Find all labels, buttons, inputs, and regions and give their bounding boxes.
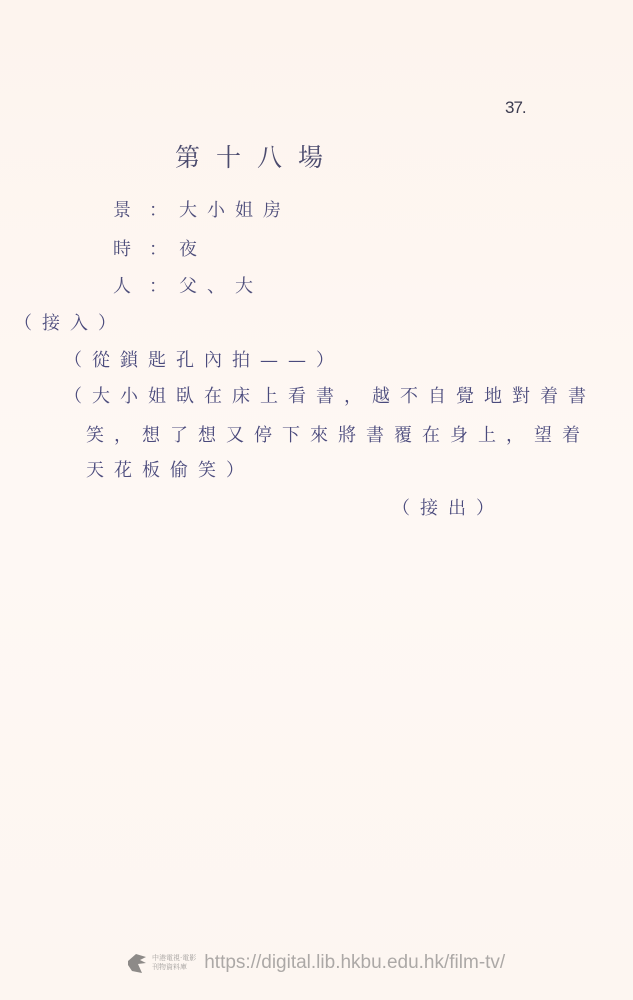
watermark-footer: 中港電視·電影 刊物資料庫 https://digital.lib.hkbu.e… [126,951,505,975]
archive-name: 中港電視·電影 刊物資料庫 [152,954,196,972]
archive-url-link[interactable]: https://digital.lib.hkbu.edu.hk/film-tv/ [204,952,505,974]
hkbu-film-archive-logo-icon [126,951,148,975]
archive-name-line-1: 中港電視·電影 [152,954,196,963]
archive-name-line-2: 刊物資料庫 [152,963,196,972]
cut-out-direction: （接出） [392,494,504,520]
setting-colon: ： [143,196,179,222]
people-value: 父、大 [179,272,263,298]
setting-label: 景 [113,196,143,222]
stage-direction-line-3: 天花板偷笑） [86,456,254,482]
time-value: 夜 [179,235,207,261]
people-colon: ： [143,272,179,298]
time-label: 時 [113,235,143,261]
setting-value: 大小姐房 [179,196,291,222]
scene-setting-row: 景 ： 大小姐房 [113,196,291,222]
scene-people-row: 人 ： 父、大 [113,272,263,298]
page-number: 37. [505,98,526,118]
stage-direction-line-2: 笑，想了想又停下來將書覆在身上，望着 [86,421,590,447]
camera-direction: （從鎖匙孔內拍——） [64,346,344,372]
time-colon: ： [143,235,179,261]
script-page: 37. 第十八場 景 ： 大小姐房 時 ： 夜 人 ： 父、大 （接入） （從鎖… [0,0,633,1000]
scene-title: 第十八場 [175,138,339,174]
people-label: 人 [113,272,143,298]
cut-in-direction: （接入） [14,309,126,335]
scene-time-row: 時 ： 夜 [113,235,207,261]
stage-direction-line-1: （大小姐臥在床上看書，越不自覺地對着書 [64,382,596,408]
